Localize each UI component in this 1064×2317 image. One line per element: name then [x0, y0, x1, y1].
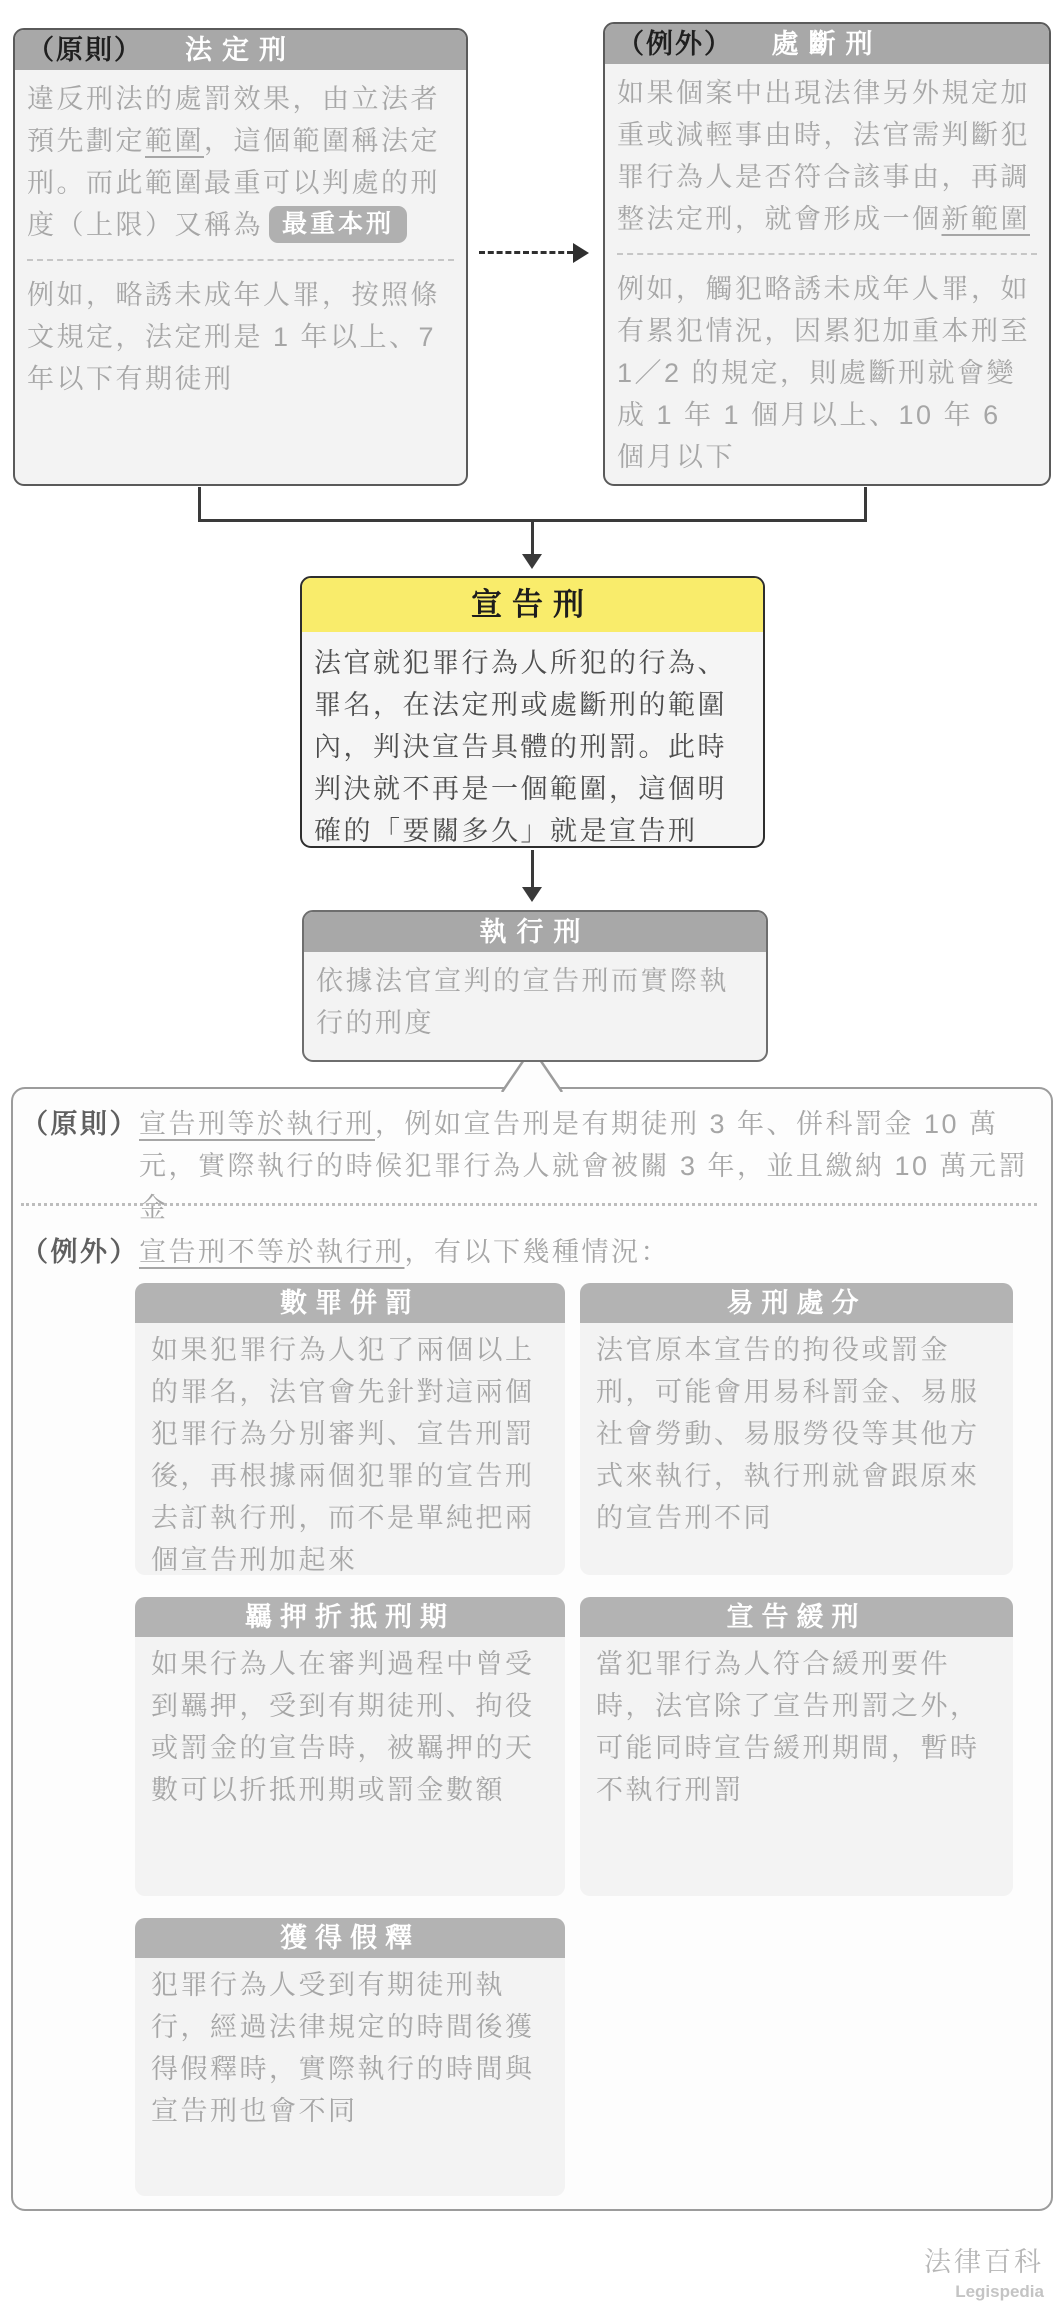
- connector-right-stub: [864, 487, 867, 522]
- case-title: 數罪併罰: [135, 1283, 565, 1323]
- range-link[interactable]: 範圍: [145, 126, 204, 156]
- pronounced-penalty-header: 宣告刑: [302, 578, 763, 632]
- case-title: 羈押折抵刑期: [135, 1597, 565, 1637]
- arrow-to-executed: [531, 850, 534, 888]
- pronounced-penalty-box: 宣告刑 法官就犯罪行為人所犯的行為、罪名，在法定刑或處斷刑的範圍內，判決宣告具體…: [300, 576, 765, 848]
- heaviest-principal-penalty-badge: 最重本刑: [269, 206, 407, 243]
- new-range-link[interactable]: 新範圍: [942, 204, 1031, 234]
- dashed-arrow-head-icon: [573, 243, 589, 263]
- adjudicated-divider: [617, 253, 1037, 255]
- adjudicated-description: 如果個案中出現法律另外規定加重或減輕事由時，法官需判斷犯罪行為人是否符合該事由，…: [617, 72, 1037, 240]
- detail-divider: [21, 1203, 1037, 1206]
- pronounced-penalty-title: 宣告刑: [471, 587, 594, 622]
- statutory-penalty-body: 違反刑法的處罰效果，由立法者預先劃定範圍，這個範圍稱法定刑。而此範圍最重可以判處…: [15, 70, 466, 400]
- pronounced-penalty-body: 法官就犯罪行為人所犯的行為、罪名，在法定刑或處斷刑的範圍內，判決宣告具體的刑罰。…: [302, 632, 763, 848]
- statutory-penalty-header: （原則） 法定刑: [15, 30, 466, 70]
- pronounced-equals-executed-link[interactable]: 宣告刑等於執行刑: [139, 1109, 375, 1139]
- executed-penalty-box: 執行刑 依據法官宣判的宣告刑而實際執行的刑度: [302, 910, 768, 1062]
- case-body: 犯罪行為人受到有期徒刑執行，經過法律規定的時間後獲得假釋時，實際執行的時間與宣告…: [135, 1958, 565, 2132]
- executed-penalty-header: 執行刑: [304, 912, 766, 952]
- case-body: 當犯罪行為人符合緩刑要件時，法官除了宣告刑罰之外，可能同時宣告緩刑期間，暫時不執…: [580, 1637, 1013, 1811]
- principle-text: 宣告刑等於執行刑，例如宣告刑是有期徒刑 3 年、併科罰金 10 萬元，實際執行的…: [139, 1103, 1037, 1229]
- adjudicated-penalty-header: （例外） 處斷刑: [605, 24, 1049, 64]
- case-body: 法官原本宣告的拘役或罰金刑，可能會用易科罰金、易服社會勞動、易服勞役等其他方式來…: [580, 1323, 1013, 1539]
- arrow-down-icon: [522, 554, 542, 569]
- exception-tag: （例外）: [617, 24, 733, 64]
- case-card-multiple-offenses: 數罪併罰 如果犯罪行為人犯了兩個以上的罪名，法官會先針對這兩個犯罪行為分別審判、…: [135, 1283, 565, 1575]
- exception-rest: ，有以下幾種情況：: [405, 1237, 671, 1267]
- case-card-parole: 獲得假釋 犯罪行為人受到有期徒刑執行，經過法律規定的時間後獲得假釋時，實際執行的…: [135, 1918, 565, 2196]
- case-title: 宣告緩刑: [580, 1597, 1013, 1637]
- pronounced-not-equals-executed-link[interactable]: 宣告刑不等於執行刑: [139, 1237, 405, 1267]
- brand-name-zh: 法律百科: [924, 2240, 1044, 2279]
- statutory-example: 例如，略誘未成年人罪，按照條文規定，法定刑是 1 年以上、7 年以下有期徒刑: [27, 274, 454, 400]
- case-card-detention-offset: 羈押折抵刑期 如果行為人在審判過程中曾受到羈押，受到有期徒刑、拘役或罰金的宣告時…: [135, 1597, 565, 1896]
- principle-tag: （原則）: [27, 30, 143, 70]
- arrow-to-pronounced: [531, 521, 534, 555]
- case-title: 獲得假釋: [135, 1918, 565, 1958]
- principle-tag: （原則）: [21, 1103, 139, 1145]
- brand-name-en: Legispedia: [924, 2282, 1044, 2302]
- exception-tag: （例外）: [21, 1231, 139, 1273]
- exception-row: （例外） 宣告刑不等於執行刑，有以下幾種情況：: [21, 1231, 1037, 1273]
- executed-penalty-body: 依據法官宣判的宣告刑而實際執行的刑度: [304, 952, 766, 1044]
- case-title: 易刑處分: [580, 1283, 1013, 1323]
- case-card-probation: 宣告緩刑 當犯罪行為人符合緩刑要件時，法官除了宣告刑罰之外，可能同時宣告緩刑期間…: [580, 1597, 1013, 1896]
- sentencing-flow-infographic: （原則） 法定刑 違反刑法的處罰效果，由立法者預先劃定範圍，這個範圍稱法定刑。而…: [0, 0, 1064, 2317]
- statutory-penalty-title: 法定刑: [185, 35, 296, 65]
- adjudicated-penalty-body: 如果個案中出現法律另外規定加重或減輕事由時，法官需判斷犯罪行為人是否符合該事由，…: [605, 64, 1049, 478]
- principle-row: （原則） 宣告刑等於執行刑，例如宣告刑是有期徒刑 3 年、併科罰金 10 萬元，…: [21, 1103, 1037, 1229]
- brand-logo: 法律百科 Legispedia: [924, 2240, 1044, 2302]
- adjudicated-example: 例如，觸犯略誘未成年人罪，如有累犯情況，因累犯加重本刑至 1／2 的規定，則處斷…: [617, 268, 1037, 478]
- case-body: 如果行為人在審判過程中曾受到羈押，受到有期徒刑、拘役或罰金的宣告時，被羈押的天數…: [135, 1637, 565, 1811]
- statutory-description: 違反刑法的處罰效果，由立法者預先劃定範圍，這個範圍稱法定刑。而此範圍最重可以判處…: [27, 78, 454, 246]
- adjudicated-penalty-box: （例外） 處斷刑 如果個案中出現法律另外規定加重或減輕事由時，法官需判斷犯罪行為…: [603, 22, 1051, 486]
- connector-left-stub: [198, 487, 201, 522]
- statutory-penalty-box: （原則） 法定刑 違反刑法的處罰效果，由立法者預先劃定範圍，這個範圍稱法定刑。而…: [13, 28, 468, 486]
- statutory-to-adjudicated-dashed-arrow: [479, 251, 573, 254]
- adjudicated-penalty-title: 處斷刑: [772, 29, 883, 59]
- executed-penalty-title: 執行刑: [480, 917, 591, 947]
- exception-cases-grid: 數罪併罰 如果犯罪行為人犯了兩個以上的罪名，法官會先針對這兩個犯罪行為分別審判、…: [135, 1283, 1013, 2196]
- exception-text: 宣告刑不等於執行刑，有以下幾種情況：: [139, 1231, 1037, 1273]
- arrow-down-icon: [522, 887, 542, 902]
- case-body: 如果犯罪行為人犯了兩個以上的罪名，法官會先針對這兩個犯罪行為分別審判、宣告刑罰後…: [135, 1323, 565, 1575]
- statutory-divider: [27, 259, 454, 261]
- case-card-commutation: 易刑處分 法官原本宣告的拘役或罰金刑，可能會用易科罰金、易服社會勞動、易服勞役等…: [580, 1283, 1013, 1575]
- executed-penalty-detail-box: （原則） 宣告刑等於執行刑，例如宣告刑是有期徒刑 3 年、併科罰金 10 萬元，…: [11, 1087, 1053, 2211]
